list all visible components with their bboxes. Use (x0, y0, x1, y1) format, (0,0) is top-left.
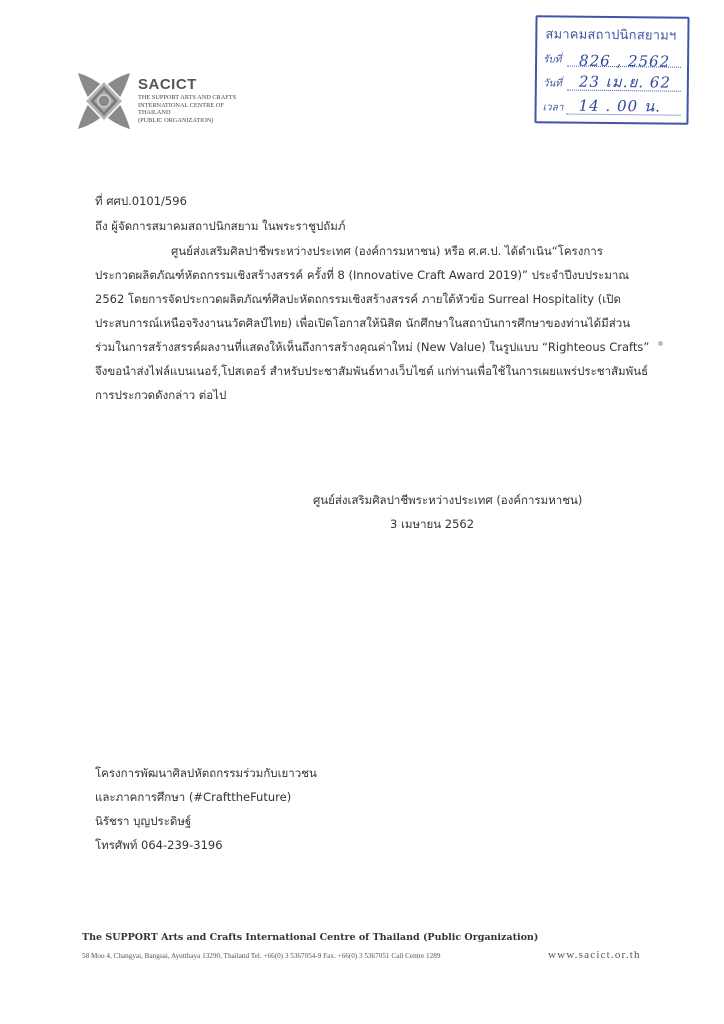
stamp-title: สมาคมสถาปนิกสยามฯ (545, 23, 676, 45)
stamp-row-time: เวลา 14 . 00 น. (543, 95, 683, 118)
logo-subtitle-line: (PUBLIC ORGANIZATION) (138, 117, 236, 125)
stamp-handwritten-value: 826 , 2562 (579, 52, 670, 71)
body-line: ประกวดผลิตภัณฑ์หัตถกรรมเชิงสร้างสรรค์ คร… (95, 267, 629, 285)
signature-date: 3 เมษายน 2562 (390, 516, 474, 532)
stamp-row-received-number: รับที่ 826 , 2562 (543, 47, 683, 70)
body-line: ร่วมในการสร้างสรรค์ผลงานที่แสดงให้เห็นถึ… (95, 339, 649, 357)
stamp-label: วันที่ (543, 76, 562, 91)
stamp-row-date: วันที่ 23 เม.ย. 62 (543, 71, 683, 94)
sacict-flower-logo-icon (78, 73, 130, 129)
contact-project-cont: และภาคการศึกษา (#CrafttheFuture) (95, 789, 291, 805)
body-line: ประสบการณ์เหนือจริงงานนวัตศิลป์ไทย) เพื่… (95, 315, 630, 333)
reference-number: ที่ ศศป.0101/596 (95, 193, 187, 209)
footer-address: 58 Moo 4, Changyai, Bangsai, Ayutthaya 1… (82, 952, 440, 960)
footer-organization: The SUPPORT Arts and Crafts Internationa… (82, 932, 538, 943)
stamp-handwritten-value: 23 เม.ย. 62 (579, 70, 671, 95)
logo-name: SACICT (138, 76, 197, 93)
logo-subtitle-line: THE SUPPORT ARTS AND CRAFTS (138, 94, 236, 102)
contact-person: นิรัชรา บุญประดิษฐ์ (95, 813, 191, 829)
signature-organization: ศูนย์ส่งเสริมศิลปาชีพระหว่างประเทศ (องค์… (313, 492, 582, 508)
stamp-label: เวลา (543, 100, 564, 115)
logo-subtitle-line: INTERNATIONAL CENTRE OF (138, 102, 236, 110)
logo-subtitle: THE SUPPORT ARTS AND CRAFTS INTERNATIONA… (138, 94, 236, 124)
body-line: จึงขอนำส่งไฟล์แบนเนอร์,โปสเตอร์ สำหรับปร… (95, 363, 648, 381)
scan-speck (658, 341, 663, 346)
contact-project: โครงการพัฒนาศิลปหัตถกรรมร่วมกับเยาวชน (95, 765, 317, 781)
body-line: การประกวดดังกล่าว ต่อไป (95, 387, 226, 405)
contact-phone: โทรศัพท์ 064-239-3196 (95, 837, 223, 853)
body-line: 2562 โดยการจัดประกวดผลิตภัณฑ์ศิลปะหัตถกร… (95, 291, 621, 309)
body-line: ศูนย์ส่งเสริมศิลปาชีพระหว่างประเทศ (องค์… (171, 243, 603, 261)
stamp-handwritten-value: 14 . 00 น. (578, 94, 661, 119)
stamp-label: รับที่ (543, 52, 561, 67)
received-stamp: สมาคมสถาปนิกสยามฯ รับที่ 826 , 2562 วันท… (534, 15, 689, 125)
recipient: ถึง ผู้จัดการสมาคมสถาปนิกสยาม ในพระราชูป… (95, 218, 345, 234)
footer-website[interactable]: www.sacict.or.th (548, 949, 641, 961)
logo-subtitle-line: THAILAND (138, 109, 236, 117)
